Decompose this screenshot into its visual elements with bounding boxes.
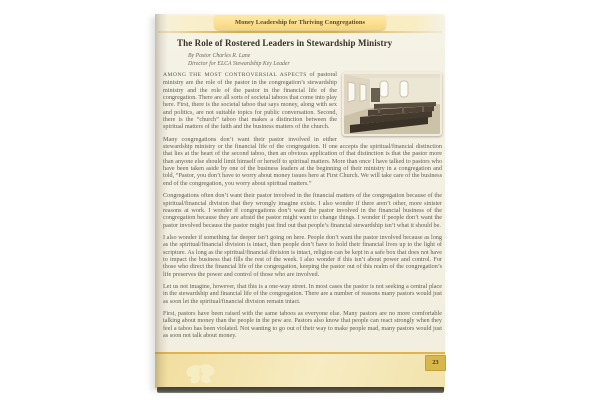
butterfly-icon — [183, 364, 217, 386]
byline-author: By Pastor Charles R. Lane — [188, 52, 290, 60]
article-title: The Role of Rostered Leaders in Stewards… — [177, 38, 439, 48]
paragraph-5: Let us not imagine, however, that this i… — [163, 283, 442, 305]
page-number-badge: 23 — [425, 355, 446, 371]
header-divider-rule — [158, 31, 442, 33]
paragraph-6: First, pastors have been raised with the… — [163, 310, 442, 339]
paragraph-4: I also wonder if something far deeper is… — [163, 234, 442, 278]
book-bottom-edge — [157, 387, 444, 393]
classroom-photo — [342, 72, 442, 136]
byline-role: Director for ELCA Stewardship Key Leader — [188, 60, 290, 68]
paragraph-1-lead-in: Among the most controversial aspects — [163, 72, 307, 78]
footer-band: 23 — [155, 352, 445, 390]
paragraph-2: Many congregations don’t want their past… — [163, 136, 442, 187]
paragraph-3: Congregations often don’t want their pas… — [163, 192, 442, 229]
paragraph-1-text: of pastoral ministry are the role of the… — [163, 71, 337, 130]
article-body: Among the most controversial aspects of … — [163, 71, 442, 344]
article-byline: By Pastor Charles R. Lane Director for E… — [188, 52, 290, 68]
chapter-banner: Money Leadership for Thriving Congregati… — [214, 15, 386, 30]
classroom-photo-image — [344, 74, 440, 134]
screenshot-stage: Money Leadership for Thriving Congregati… — [0, 0, 600, 400]
book-page: Money Leadership for Thriving Congregati… — [155, 14, 445, 388]
